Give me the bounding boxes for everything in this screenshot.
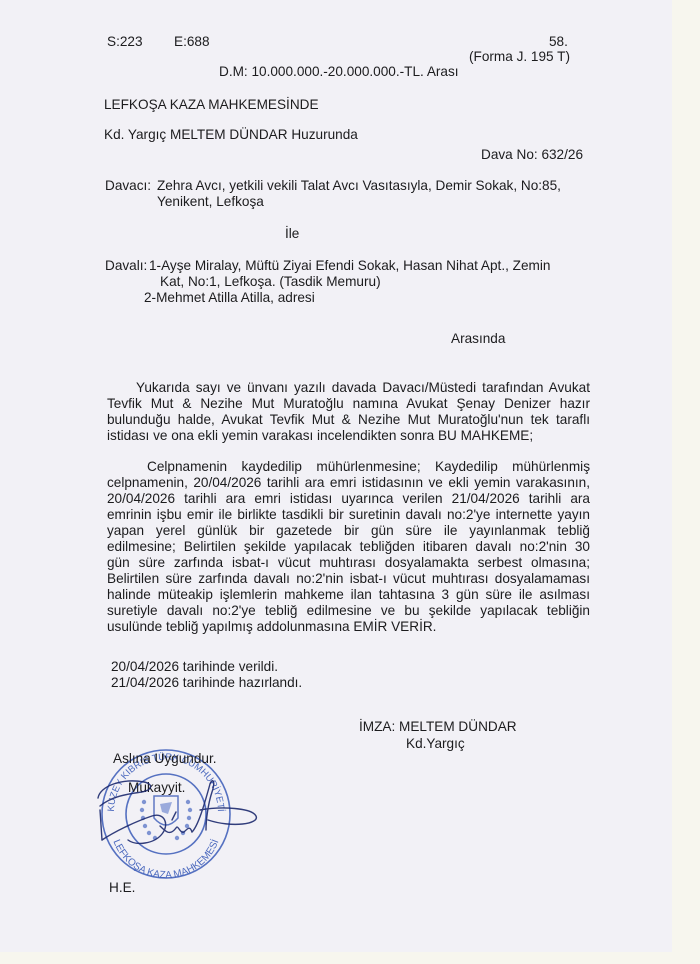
- paragraph-2-line: Celpnamenin kaydedilip mühürlenmesine; K…: [107, 459, 590, 475]
- signature-title: Kd.Yargıç: [406, 736, 465, 752]
- paragraph-1-line: bulunduğu halde, Avukat Tevfik Mut & Nez…: [107, 412, 590, 428]
- court-name: LEFKOŞA KAZA MAHKEMESİNDE: [104, 97, 319, 113]
- handwritten-signature: [92, 770, 262, 850]
- defendant-2: 2-Mehmet Atilla Atilla, adresi: [144, 290, 315, 306]
- signature-name: İMZA: MELTEM DÜNDAR: [359, 719, 517, 735]
- issued-date: 20/04/2026 tarihinde verildi.: [111, 659, 278, 675]
- plaintiff-line-1: Zehra Avcı, yetkili vekili Talat Avcı Va…: [157, 178, 561, 194]
- s-number: S:223: [107, 34, 143, 50]
- plaintiff-label: Davacı:: [105, 178, 151, 194]
- e-number: E:688: [174, 34, 210, 50]
- form-reference: (Forma J. 195 T): [469, 49, 570, 65]
- initials: H.E.: [109, 880, 135, 896]
- paragraph-2-line: celpnamenin, 20/04/2026 tarihli ara emri…: [107, 475, 590, 491]
- defendant-label: Davalı:: [105, 258, 147, 274]
- paragraph-2: Celpnamenin kaydedilip mühürlenmesine; K…: [107, 459, 590, 635]
- paragraph-2-line: 20/04/2026 tarihli ara emri istidası uya…: [107, 491, 590, 507]
- paragraph-2-line: emrinin işbu emir ile birlikte tasdikli …: [107, 507, 590, 523]
- plaintiff-line-2: Yenikent, Lefkoşa: [157, 194, 264, 210]
- between-label: Arasında: [451, 331, 505, 347]
- case-number: Dava No: 632/26: [481, 147, 583, 163]
- paragraph-2-line: edilmesine; Belirtilen şekilde yapılacak…: [107, 539, 590, 555]
- dm-range: D.M: 10.000.000.-20.000.000.-TL. Arası: [219, 64, 459, 80]
- defendant-1-line-1: 1-Ayşe Miralay, Müftü Ziyai Efendi Sokak…: [149, 258, 550, 274]
- judge-line: Kd. Yargıç MELTEM DÜNDAR Huzurunda: [104, 127, 358, 143]
- paragraph-2-line: halinde müteakip işlemlerin mahkeme ilan…: [107, 587, 590, 603]
- paragraph-2-line: gün süre zarfında isbat-ı vücut muhtıras…: [107, 555, 590, 571]
- prepared-date: 21/04/2026 tarihinde hazırlandı.: [111, 675, 302, 691]
- defendant-1-line-2: Kat, No:1, Lefkoşa. (Tasdik Memuru): [160, 274, 381, 290]
- document-page: S:223 E:688 58. (Forma J. 195 T) D.M: 10…: [0, 0, 672, 952]
- paragraph-1-line: istidası ve ona ekli yemin varakası ince…: [107, 428, 590, 444]
- paragraph-2-line: usulünde tebliğ yapılmış addolunmasına E…: [107, 619, 590, 635]
- paragraph-1: Yukarıda sayı ve ünvanı yazılı davada Da…: [107, 380, 590, 444]
- paragraph-2-line: Belirtilen süre zarfında davalı no:2'nin…: [107, 571, 590, 587]
- page-number: 58.: [549, 34, 568, 50]
- true-copy-label: Aslına Uygundur.: [113, 751, 217, 767]
- paragraph-2-line: suretiyle davalı no:2'ye tebliğ edilmesi…: [107, 603, 590, 619]
- paragraph-1-line: Yukarıda sayı ve ünvanı yazılı davada Da…: [107, 380, 590, 396]
- paragraph-2-line: yapan yerel günlük bir gazetede bir gün …: [107, 523, 590, 539]
- connector-ile: İle: [285, 226, 299, 242]
- paragraph-1-line: Tevfik Mut & Nezihe Mut Muratoğlu namına…: [107, 396, 590, 412]
